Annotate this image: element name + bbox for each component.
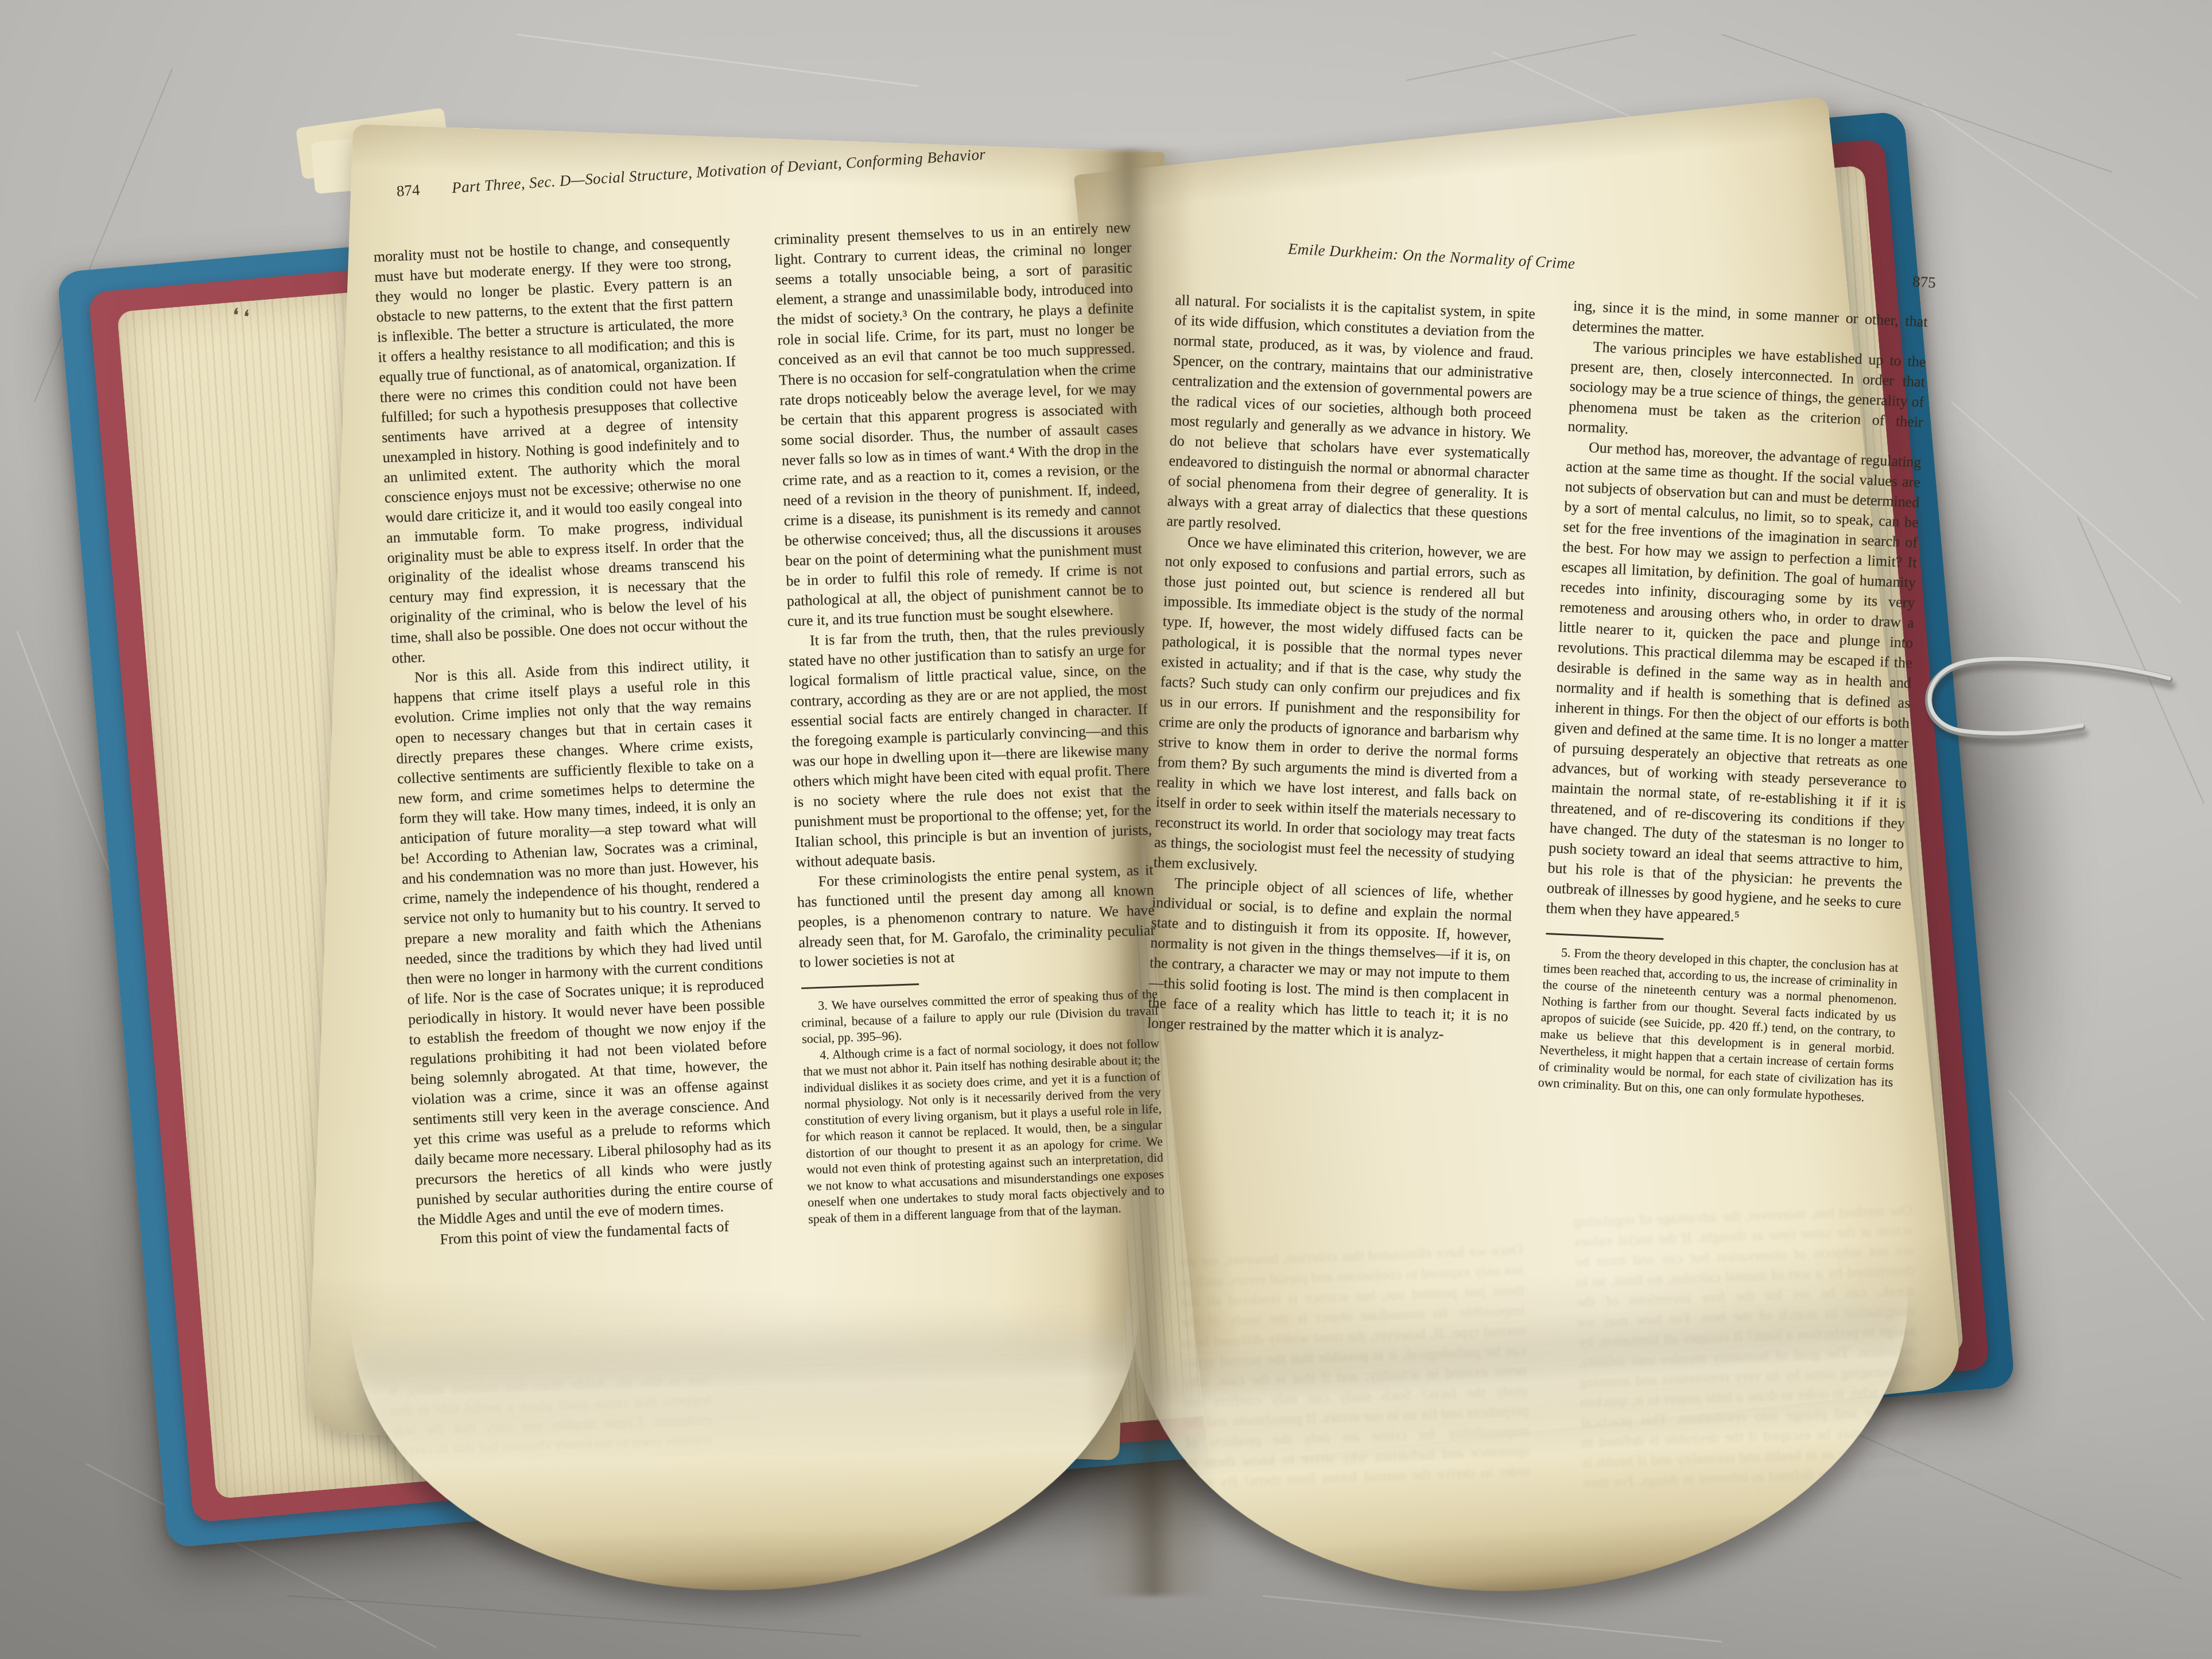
footnote-rule xyxy=(801,983,919,989)
left-column-2-body: criminality present themselves to us in … xyxy=(774,217,1157,972)
paperclip xyxy=(1900,629,2184,774)
left-page-number: 874 xyxy=(396,181,420,200)
footnote-rule xyxy=(1546,933,1663,940)
right-column-2: ing, since it is the mind, in some manne… xyxy=(1528,296,1928,1321)
right-column-2-body: ing, since it is the mind, in some manne… xyxy=(1546,296,1928,934)
right-column-1: all natural. For socialists it is the ca… xyxy=(1138,290,1536,1279)
left-footnotes: 3. We have ourselves committed the error… xyxy=(801,986,1166,1227)
right-footnotes: 5. From the theory developed in this cha… xyxy=(1538,944,1899,1107)
left-column-1: morality must not be hostile to change, … xyxy=(373,231,782,1394)
right-page-number: 875 xyxy=(1912,273,1936,292)
page-edge-marks: ❛❛ xyxy=(230,304,255,330)
left-column-2: criminality present themselves to us in … xyxy=(774,217,1172,1422)
photo-of-open-book: Once we have eliminated this criterion, … xyxy=(0,0,2212,1659)
